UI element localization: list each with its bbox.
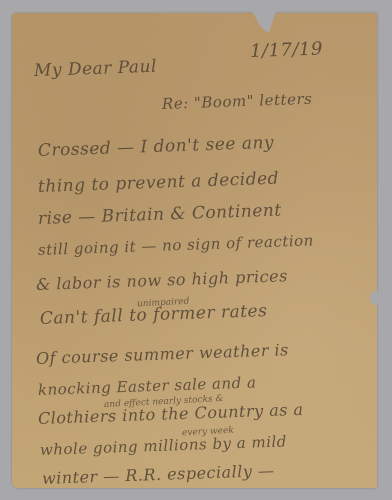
- torn-edge: [370, 291, 380, 305]
- torn-notch: [252, 11, 276, 33]
- letter-line-4: still going it — no sign of reaction: [38, 231, 314, 259]
- letter-subject: Re: "Boom" letters: [162, 90, 313, 113]
- letter-line-10: whole going millions by a mild: [40, 432, 287, 459]
- letter-line-2: thing to prevent a decided: [38, 169, 280, 197]
- letter-line-3: rise — Britain & Continent: [38, 200, 282, 228]
- letter-line-11: winter — R.R. especially —: [42, 461, 275, 488]
- letter-line-9: Clothiers into the Country as a: [38, 400, 304, 428]
- letter-line-7: Of course summer weather is: [36, 340, 289, 368]
- letter-line-1: Crossed — I don't see any: [38, 133, 275, 161]
- letter-line-8: knocking Easter sale and a: [38, 373, 257, 399]
- letter-line-5: & labor is now so high prices: [36, 266, 288, 294]
- salutation: My Dear Paul: [34, 57, 158, 81]
- letter-line-6: Can't fall to former rates: [40, 301, 268, 329]
- letter-page: My Dear Paul 1/17/19 Re: "Boom" letters …: [12, 13, 377, 488]
- letter-date: 1/17/19: [250, 38, 324, 62]
